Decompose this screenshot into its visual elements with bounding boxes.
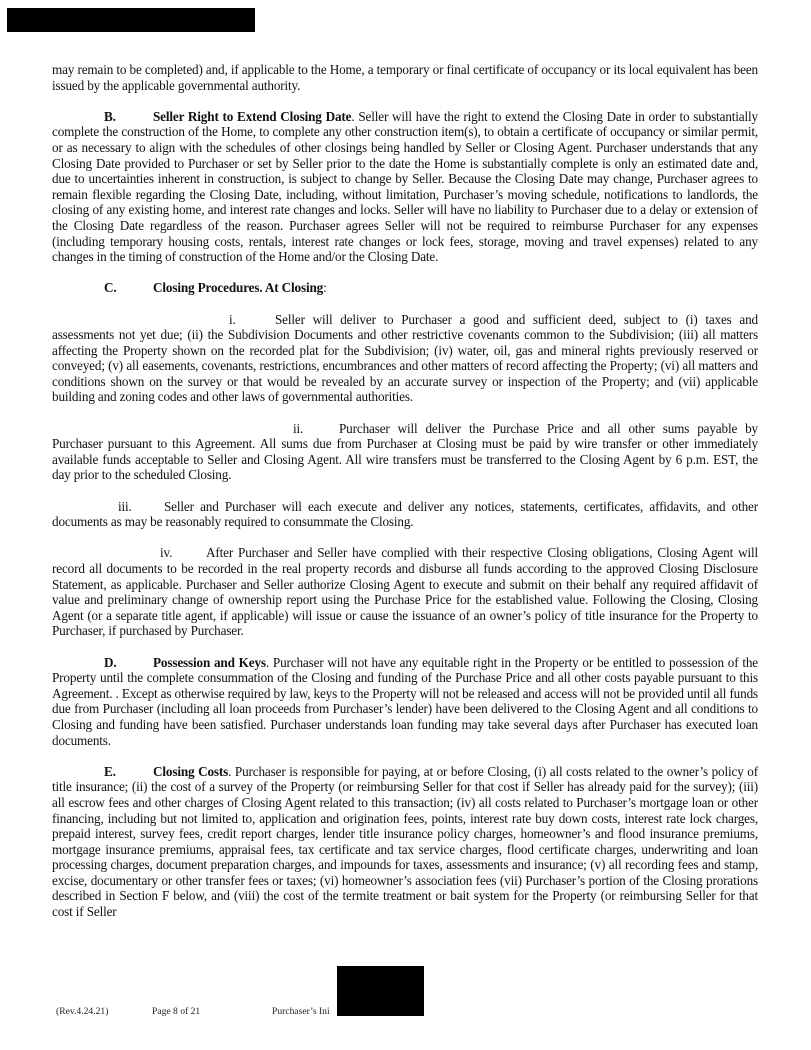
item-text: Seller will deliver to Purchaser a good … <box>52 312 758 405</box>
section-d: D.Possession and Keys. Purchaser will no… <box>52 655 758 749</box>
item-numeral: iii. <box>118 499 164 515</box>
section-c: C.Closing Procedures. At Closing: <box>52 280 758 296</box>
section-c-heading: Closing Procedures. At Closing <box>153 280 323 295</box>
purchaser-initials-label: Purchaser’s Ini <box>272 1006 330 1017</box>
section-c-item-i: i.Seller will deliver to Purchaser a goo… <box>52 312 758 406</box>
section-c-item-iii: iii.Seller and Purchaser will each execu… <box>52 499 758 530</box>
section-e: E.Closing Costs. Purchaser is responsibl… <box>52 764 758 920</box>
section-c-letter: C. <box>104 280 153 296</box>
continuation-paragraph: may remain to be completed) and, if appl… <box>52 62 758 93</box>
section-e-letter: E. <box>104 764 153 780</box>
section-e-heading: Closing Costs <box>153 764 228 779</box>
section-d-letter: D. <box>104 655 153 671</box>
section-c-item-iv: iv.After Purchaser and Seller have compl… <box>52 545 758 639</box>
section-c-heading-suffix: : <box>323 280 327 295</box>
section-c-item-ii: ii.Purchaser will deliver the Purchase P… <box>52 421 758 483</box>
item-numeral: ii. <box>293 421 339 437</box>
section-e-body: . Purchaser is responsible for paying, a… <box>52 764 758 919</box>
redaction-box-initials <box>337 966 424 1016</box>
section-b: B.Seller Right to Extend Closing Date. S… <box>52 109 758 265</box>
section-b-letter: B. <box>104 109 153 125</box>
document-body: may remain to be completed) and, if appl… <box>52 62 758 935</box>
item-text: Purchaser will deliver the Purchase Pric… <box>52 421 758 483</box>
section-d-heading: Possession and Keys <box>153 655 266 670</box>
item-numeral: iv. <box>160 545 206 561</box>
redaction-bar-header <box>7 8 255 32</box>
section-b-body: . Seller will have the right to extend t… <box>52 109 758 264</box>
page-number: Page 8 of 21 <box>152 1006 200 1017</box>
item-numeral: i. <box>229 312 275 328</box>
item-text: After Purchaser and Seller have complied… <box>52 545 758 638</box>
section-b-heading: Seller Right to Extend Closing Date <box>153 109 351 124</box>
revision-label: (Rev.4.24.21) <box>56 1006 108 1017</box>
